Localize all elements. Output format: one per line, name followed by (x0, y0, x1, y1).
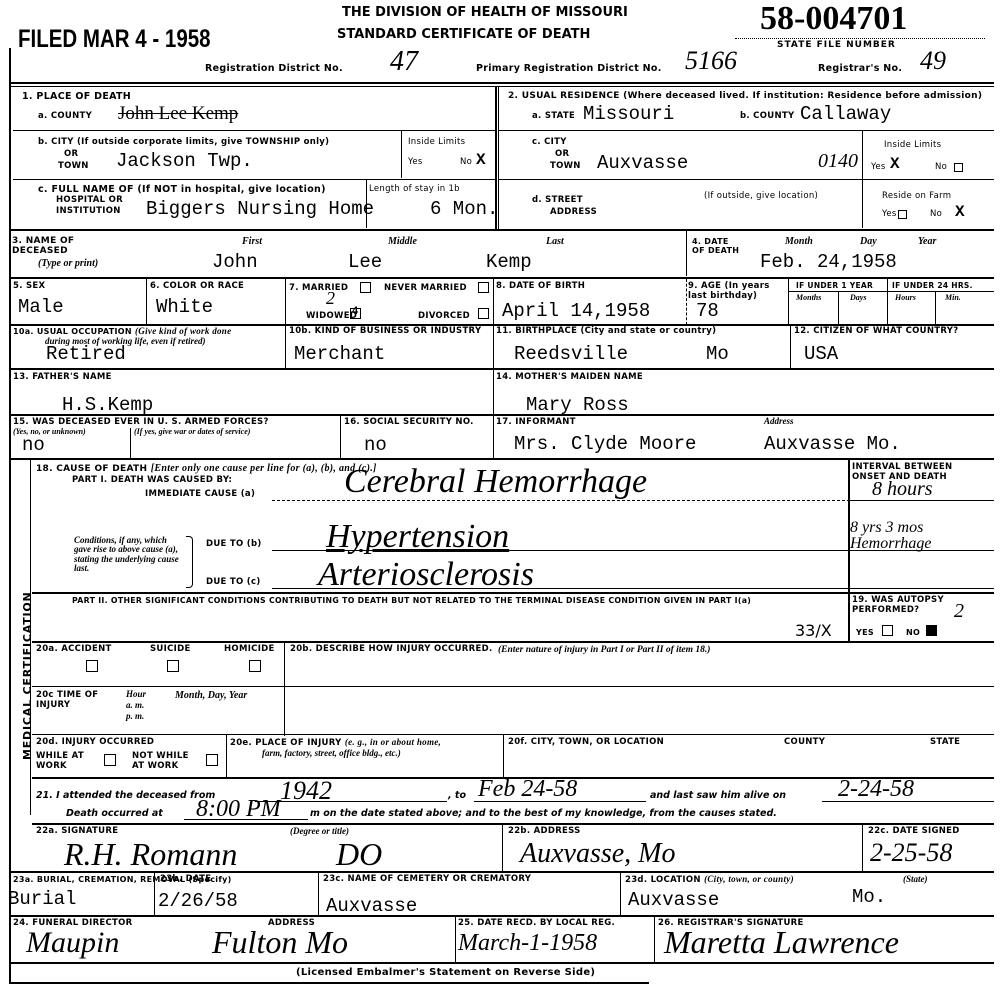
length-of-stay-value: 6 Mon. (430, 198, 498, 220)
residence-inside-limits-yes: Yes (871, 163, 886, 173)
deceased-name-sub: (Type or print) (38, 258, 98, 269)
hospital-label-3: INSTITUTION (56, 207, 121, 217)
armed-forces-sub-2: (If yes, give war or dates of service) (134, 428, 250, 437)
occupation-note: (Give kind of work done (135, 326, 231, 336)
death-time-value: 8:00 PM (196, 796, 281, 823)
death-inside-limits-label: Inside Limits (408, 138, 465, 148)
residence-county-value: Callaway (800, 103, 891, 125)
physician-address-label: 22b. ADDRESS (508, 827, 581, 837)
burial-location-label: 23d. LOCATION (City, town, or county) (625, 875, 794, 886)
deceased-name-label: 3. NAME OF DECEASED (12, 236, 92, 257)
autopsy-no-checkbox[interactable] (926, 625, 937, 636)
race-label: 6. COLOR OR RACE (150, 282, 244, 292)
residence-state-label: a. STATE (532, 112, 575, 122)
autopsy-no-label: NO (906, 628, 920, 637)
autopsy-label: 19. WAS AUTOPSY PERFORMED? (852, 596, 947, 616)
citizen-value: USA (804, 343, 838, 365)
death-county-value: John Lee Kemp (118, 103, 238, 125)
residence-city-annotation: 0140 (818, 150, 858, 173)
deceased-last-name: Kemp (486, 251, 532, 273)
residence-inside-limits-yes-mark[interactable]: X (890, 155, 900, 173)
residence-inside-limits-no-checkbox[interactable] (954, 163, 963, 172)
occupation-label-text: 10a. USUAL OCCUPATION (13, 327, 135, 336)
date-signed-value: 2-25-58 (870, 838, 952, 868)
age-label: 9. AGE (In years last birthday) (688, 282, 783, 302)
residence-inside-limits-no: No (935, 163, 947, 173)
residence-street-label-2: ADDRESS (550, 208, 597, 218)
hospital-label-2: HOSPITAL OR (56, 196, 123, 206)
attended-to-value: Feb 24-58 (478, 776, 577, 803)
death-day-label: Day (860, 236, 877, 247)
date-of-death-label: 4. DATE OF DEATH (692, 237, 740, 255)
injury-city-label: 20f. CITY, TOWN, OR LOCATION (508, 738, 664, 748)
farm-yes-label: Yes (882, 210, 897, 220)
physician-address-value: Auxvasse, Mo (520, 838, 676, 870)
residence-inside-limits-label: Inside Limits (884, 141, 941, 151)
injury-state-label: STATE (930, 738, 960, 748)
date-of-death-value: Feb. 24,1958 (760, 251, 897, 273)
ssn-value: no (364, 434, 387, 456)
registration-district-label: Registration District No. (205, 64, 343, 75)
widowed-annotation: 2 (326, 288, 335, 309)
residence-label: 2. USUAL RESIDENCE (Where deceased lived… (508, 91, 982, 101)
while-at-work-label: WHILE AT WORK (36, 752, 92, 772)
last-saw-value: 2-24-58 (838, 776, 914, 803)
primary-registration-district-value: 5166 (685, 46, 737, 76)
embalmer-statement-note: (Licensed Embalmer's Statement on Revers… (296, 967, 595, 979)
conditions-note: Conditions, if any, which gave rise to a… (74, 536, 182, 574)
dob-label: 8. DATE OF BIRTH (496, 282, 585, 292)
death-inside-limits-no: No (460, 158, 472, 168)
farm-no-label: No (930, 210, 942, 220)
autopsy-yes-checkbox[interactable] (882, 625, 893, 636)
father-value: H.S.Kemp (62, 394, 153, 416)
cause-a-value: Cerebral Hemorrhage (344, 463, 647, 501)
date-received-value: March-1-1958 (458, 930, 597, 957)
married-label: 7. MARRIED (289, 284, 348, 294)
deceased-middle-name: Lee (348, 251, 382, 273)
dob-value: April 14,1958 (502, 300, 650, 322)
cause-of-death-note: [Enter only one cause per line for (a), … (151, 463, 377, 474)
pm-label: p. m. (126, 712, 144, 722)
residence-county-label: b. COUNTY (740, 112, 794, 122)
state-file-number: 58-004701 (760, 0, 907, 38)
cause-of-death-heading: 18. CAUSE OF DEATH (36, 464, 151, 474)
ssn-label: 16. SOCIAL SECURITY NO. (344, 418, 474, 428)
last-saw-label: and last saw him alive on (650, 791, 786, 801)
part-1-label: PART I. DEATH WAS CAUSED BY: (72, 476, 232, 486)
registrar-no-value: 49 (920, 46, 946, 76)
divorced-checkbox[interactable] (478, 308, 489, 319)
cemetery-value: Auxvasse (326, 895, 417, 917)
sex-label: 5. SEX (13, 282, 45, 292)
never-married-checkbox[interactable] (478, 282, 489, 293)
place-of-injury-note-2: farm, factory, street, office bldg., etc… (262, 749, 401, 759)
interval-a-value: 8 hours (872, 478, 933, 501)
am-label: a. m. (126, 701, 144, 711)
under-24-hrs-label: IF UNDER 24 HRS. (892, 282, 973, 291)
cause-of-death-label: 18. CAUSE OF DEATH [Enter only one cause… (36, 463, 377, 474)
interval-b-value: 8 yrs 3 mos Hemorrhage (850, 520, 990, 552)
death-year-label: Year (918, 236, 936, 247)
never-married-label: NEVER MARRIED (384, 284, 467, 294)
funeral-address-value: Fulton Mo (212, 924, 348, 961)
deceased-first-name: John (212, 251, 258, 273)
length-of-stay-label: Length of stay in 1b (369, 185, 460, 195)
burial-location-value: Auxvasse (628, 889, 719, 911)
death-month-label: Month (785, 236, 813, 247)
suicide-label: SUICIDE (150, 645, 191, 655)
title-line-2: STANDARD CERTIFICATE OF DEATH (337, 27, 590, 42)
death-occurred-label: Death occurred at (66, 809, 163, 819)
injury-county-label: COUNTY (784, 738, 825, 748)
divorced-label: DIVORCED (418, 312, 470, 322)
registration-district-value: 47 (390, 46, 418, 78)
primary-registration-district-label: Primary Registration District No. (476, 64, 662, 75)
homicide-checkbox[interactable] (249, 660, 261, 672)
residence-city-or: OR (555, 150, 569, 160)
farm-yes-checkbox[interactable] (898, 210, 907, 219)
date-signed-label: 22c. DATE SIGNED (868, 827, 960, 837)
injury-description-label: 20b. DESCRIBE HOW INJURY OCCURRED. (290, 645, 492, 655)
informant-value: Mrs. Clyde Moore (514, 433, 696, 455)
cemetery-label: 23c. NAME OF CEMETERY OR CREMATORY (323, 875, 531, 885)
occupation-value: Retired (46, 343, 126, 365)
burial-date-value: 2/26/58 (158, 890, 238, 912)
cause-c-value: Arteriosclerosis (318, 556, 534, 594)
title-line-1: THE DIVISION OF HEALTH OF MISSOURI (342, 5, 628, 20)
mother-label: 14. MOTHER'S MAIDEN NAME (496, 373, 643, 383)
not-while-at-work-label: NOT WHILE AT WORK (132, 752, 194, 772)
registrar-no-label: Registrar's No. (818, 64, 902, 75)
death-county-label: a. COUNTY (38, 112, 92, 122)
residence-state-value: Missouri (583, 103, 674, 125)
death-city-value: Jackson Twp. (116, 150, 253, 172)
death-occurred-suffix: m on the date stated above; and to the b… (310, 809, 777, 819)
accident-checkbox[interactable] (86, 660, 98, 672)
due-to-c-label: DUE TO (c) (206, 578, 261, 588)
injury-description-note: (Enter nature of injury in Part I or Par… (498, 645, 710, 655)
min-label: Min. (945, 294, 961, 303)
part-2-code: 33/X (795, 621, 832, 640)
days-label: Days (850, 294, 866, 303)
date-received-label: 25. DATE RECD. BY LOCAL REG. (458, 919, 615, 929)
cause-b-value: Hypertension (326, 518, 509, 556)
month-day-year-label: Month, Day, Year (175, 690, 247, 701)
burial-type-value: Burial (8, 888, 76, 910)
last-name-label: Last (546, 236, 564, 247)
armed-forces-value: no (22, 434, 45, 456)
death-inside-limits-yes: Yes (408, 158, 423, 168)
state-file-number-label: STATE FILE NUMBER (777, 40, 896, 50)
death-inside-limits-no-mark[interactable]: X (476, 151, 486, 169)
under-1-year-label: IF UNDER 1 YEAR (796, 282, 873, 291)
informant-label: 17. INFORMANT (496, 418, 576, 428)
residence-street-label: d. STREET (532, 196, 583, 206)
first-name-label: First (242, 236, 262, 247)
accident-label: 20a. ACCIDENT (36, 645, 112, 655)
birthplace-label: 11. BIRTHPLACE (City and state or countr… (496, 327, 716, 337)
funeral-director-value: Maupin (26, 926, 119, 960)
father-label: 13. FATHER'S NAME (13, 373, 112, 383)
attended-to-label: , to (448, 791, 466, 801)
hospital-value: Biggers Nursing Home (146, 198, 374, 220)
filed-stamp: FILED MAR 4 - 1958 (18, 25, 211, 54)
death-city-label: b. CITY (If outside corporate limits, gi… (38, 138, 329, 148)
married-checkbox[interactable] (360, 282, 371, 293)
hour-label: Hour (126, 690, 146, 700)
race-value: White (156, 296, 213, 318)
injury-occurred-label: 20d. INJURY OCCURRED (36, 738, 154, 748)
residence-city-value: Auxvasse (597, 152, 688, 174)
residence-city-town: TOWN (550, 162, 581, 172)
months-label: Months (796, 294, 821, 303)
business-label: 10b. KIND OF BUSINESS OR INDUSTRY (289, 327, 481, 337)
physician-degree: DO (336, 836, 382, 873)
birthplace-state: Mo (706, 343, 729, 365)
place-of-death-label: 1. PLACE OF DEATH (22, 92, 131, 103)
burial-date-label: 23b. DATE (160, 875, 211, 885)
time-of-injury-label: 20c TIME OF INJURY (36, 691, 116, 711)
informant-address-value: Auxvasse Mo. (764, 433, 901, 455)
citizen-label: 12. CITIZEN OF WHAT COUNTRY? (794, 327, 958, 337)
residence-street-note: (If outside, give location) (704, 192, 818, 202)
farm-no-mark[interactable]: X (955, 203, 965, 221)
sex-value: Male (18, 296, 64, 318)
mother-value: Mary Ross (526, 394, 629, 416)
informant-address-label: Address (764, 417, 794, 427)
hours-label: Hours (895, 294, 916, 303)
age-value: 78 (696, 300, 719, 322)
burial-location-state-value: Mo. (852, 886, 886, 908)
physician-signature: R.H. Romann (64, 836, 237, 873)
not-while-at-work-checkbox[interactable] (206, 754, 218, 766)
widowed-checkbox[interactable]: 4 (350, 308, 361, 319)
middle-name-label: Middle (388, 236, 417, 247)
homicide-label: HOMICIDE (224, 645, 275, 655)
registrar-signature-value: Maretta Lawrence (664, 924, 899, 961)
suicide-checkbox[interactable] (167, 660, 179, 672)
date-of-death-label-text: 4. DATE OF DEATH (692, 237, 739, 255)
due-to-b-label: DUE TO (b) (206, 540, 262, 550)
attended-from-value: 1942 (280, 776, 332, 806)
autopsy-yes-label: YES (856, 628, 874, 637)
residence-city-label: c. CITY (532, 138, 567, 148)
death-city-or: OR (64, 150, 78, 160)
attended-label: 21. I attended the deceased from (36, 791, 215, 801)
deceased-name-label-text: 3. NAME OF DECEASED (12, 236, 74, 256)
place-of-injury-note: (e. g., in or about home, (345, 737, 441, 747)
burial-location-state-label: (State) (903, 875, 928, 885)
age-label-text: 9. AGE (In years last birthday) (688, 281, 770, 301)
business-value: Merchant (294, 343, 385, 365)
reside-on-farm-label: Reside on Farm (882, 192, 951, 202)
part-2-label: PART II. OTHER SIGNIFICANT CONDITIONS CO… (72, 597, 751, 606)
burial-location-note: (City, town, or county) (704, 874, 794, 884)
autopsy-annotation: 2 (954, 600, 964, 623)
death-city-town: TOWN (58, 162, 89, 172)
immediate-cause-label: IMMEDIATE CAUSE (a) (145, 490, 255, 500)
while-at-work-checkbox[interactable] (104, 754, 116, 766)
birthplace-city: Reedsville (514, 343, 628, 365)
